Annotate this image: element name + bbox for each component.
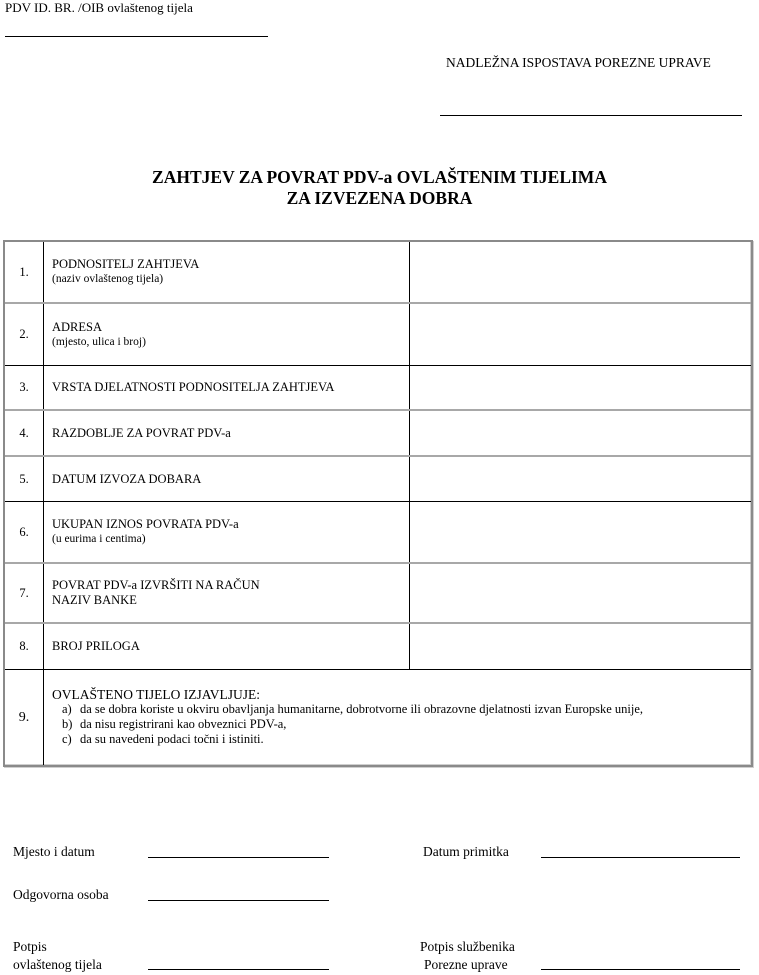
officer-label-line-1: Potpis službenika bbox=[420, 938, 515, 956]
row-label-sub: (mjesto, ulica i broj) bbox=[52, 335, 409, 350]
attachments-count-field[interactable] bbox=[411, 624, 751, 669]
table-row: 4. RAZDOBLJE ZA POVRAT PDV-a bbox=[5, 411, 751, 457]
refund-period-field[interactable] bbox=[411, 411, 751, 455]
row-label-main: DATUM IZVOZA DOBARA bbox=[52, 472, 409, 487]
declaration-title: OVLAŠTENO TIJELO IZJAVLJUJE: bbox=[52, 687, 751, 702]
place-date-label: Mjesto i datum bbox=[13, 843, 95, 861]
row-number: 6. bbox=[5, 502, 44, 562]
signature-label-line-2: ovlaštenog tijela bbox=[13, 956, 102, 974]
authority-signature-label: Potpis ovlaštenog tijela bbox=[13, 938, 102, 974]
declaration-list: a)da se dobra koriste u okviru obavljanj… bbox=[52, 702, 751, 747]
row-label: VRSTA DJELATNOSTI PODNOSITELJA ZAHTJEVA bbox=[44, 366, 410, 409]
receipt-date-label: Datum primitka bbox=[423, 843, 509, 861]
table-row: 5. DATUM IZVOZA DOBARA bbox=[5, 457, 751, 502]
signature-label-line-1: Potpis bbox=[13, 938, 102, 956]
officer-label-line-2: Porezne uprave bbox=[420, 956, 515, 974]
request-form-table: 1. PODNOSITELJ ZAHTJEVA (naziv ovlašteno… bbox=[3, 240, 753, 767]
responsible-person-label: Odgovorna osoba bbox=[13, 886, 109, 904]
place-date-field[interactable] bbox=[148, 857, 329, 858]
row-label: BROJ PRILOGA bbox=[44, 624, 410, 669]
item-marker: c) bbox=[62, 732, 80, 747]
vat-id-label: PDV ID. BR. /OIB ovlaštenog tijela bbox=[5, 0, 193, 16]
row-label: UKUPAN IZNOS POVRATA PDV-a (u eurima i c… bbox=[44, 502, 410, 562]
row-label-main: ADRESA bbox=[52, 320, 409, 335]
item-text: da su navedeni podaci točni i istiniti. bbox=[80, 732, 264, 746]
tax-office-field[interactable] bbox=[440, 115, 742, 116]
row-label-main: POVRAT PDV-a IZVRŠITI NA RAČUN bbox=[52, 578, 409, 593]
receipt-date-field[interactable] bbox=[541, 857, 740, 858]
activity-type-field[interactable] bbox=[411, 366, 751, 409]
row-label: RAZDOBLJE ZA POVRAT PDV-a bbox=[44, 411, 410, 455]
officer-signature-label: Potpis službenika Porezne uprave bbox=[420, 938, 515, 974]
table-row: 7. POVRAT PDV-a IZVRŠITI NA RAČUN NAZIV … bbox=[5, 564, 751, 624]
row-number: 3. bbox=[5, 366, 44, 409]
row-number: 4. bbox=[5, 411, 44, 455]
item-marker: a) bbox=[62, 702, 80, 717]
declaration-item: b)da nisu registrirani kao obveznici PDV… bbox=[52, 717, 751, 732]
item-text: da nisu registrirani kao obveznici PDV-a… bbox=[80, 717, 286, 731]
declaration-item: c)da su navedeni podaci točni i istiniti… bbox=[52, 732, 751, 747]
row-number: 1. bbox=[5, 242, 44, 302]
row-number: 2. bbox=[5, 304, 44, 365]
row-number: 7. bbox=[5, 564, 44, 622]
row-label: ADRESA (mjesto, ulica i broj) bbox=[44, 304, 410, 365]
title-line-2: ZA IZVEZENA DOBRA bbox=[0, 188, 759, 209]
address-field[interactable] bbox=[411, 304, 751, 365]
page-title: ZAHTJEV ZA POVRAT PDV-a OVLAŠTENIM TIJEL… bbox=[0, 167, 759, 209]
row-number: 9. bbox=[5, 670, 44, 765]
declaration-row: 9. OVLAŠTENO TIJELO IZJAVLJUJE: a)da se … bbox=[5, 670, 751, 765]
row-label-sub: (u eurima i centima) bbox=[52, 532, 409, 547]
table-row: 6. UKUPAN IZNOS POVRATA PDV-a (u eurima … bbox=[5, 502, 751, 564]
officer-signature-field[interactable] bbox=[541, 969, 740, 970]
responsible-person-field[interactable] bbox=[148, 900, 329, 901]
row-label: DATUM IZVOZA DOBARA bbox=[44, 457, 410, 501]
row-label-main: RAZDOBLJE ZA POVRAT PDV-a bbox=[52, 426, 409, 441]
table-row: 8. BROJ PRILOGA bbox=[5, 624, 751, 670]
row-label-main: VRSTA DJELATNOSTI PODNOSITELJA ZAHTJEVA bbox=[52, 380, 409, 395]
export-date-field[interactable] bbox=[411, 457, 751, 501]
table-row: 1. PODNOSITELJ ZAHTJEVA (naziv ovlašteno… bbox=[5, 242, 751, 304]
tax-office-label: NADLEŽNA ISPOSTAVA POREZNE UPRAVE bbox=[446, 55, 711, 71]
table-row: 3. VRSTA DJELATNOSTI PODNOSITELJA ZAHTJE… bbox=[5, 366, 751, 411]
authority-signature-field[interactable] bbox=[148, 969, 329, 970]
item-text: da se dobra koriste u okviru obavljanja … bbox=[80, 702, 643, 716]
declaration-text: OVLAŠTENO TIJELO IZJAVLJUJE: a)da se dob… bbox=[44, 670, 751, 765]
row-label-main: BROJ PRILOGA bbox=[52, 639, 409, 654]
bank-account-field[interactable] bbox=[411, 564, 751, 622]
item-marker: b) bbox=[62, 717, 80, 732]
table-row: 2. ADRESA (mjesto, ulica i broj) bbox=[5, 304, 751, 366]
row-label-sub: NAZIV BANKE bbox=[52, 593, 409, 608]
row-number: 5. bbox=[5, 457, 44, 501]
row-label: POVRAT PDV-a IZVRŠITI NA RAČUN NAZIV BAN… bbox=[44, 564, 410, 622]
row-label-main: UKUPAN IZNOS POVRATA PDV-a bbox=[52, 517, 409, 532]
row-label-main: PODNOSITELJ ZAHTJEVA bbox=[52, 257, 409, 272]
row-label: PODNOSITELJ ZAHTJEVA (naziv ovlaštenog t… bbox=[44, 242, 410, 302]
declaration-item: a)da se dobra koriste u okviru obavljanj… bbox=[52, 702, 751, 717]
row-label-sub: (naziv ovlaštenog tijela) bbox=[52, 272, 409, 287]
applicant-name-field[interactable] bbox=[411, 242, 751, 302]
row-number: 8. bbox=[5, 624, 44, 669]
refund-amount-field[interactable] bbox=[411, 502, 751, 562]
title-line-1: ZAHTJEV ZA POVRAT PDV-a OVLAŠTENIM TIJEL… bbox=[0, 167, 759, 188]
vat-id-field[interactable] bbox=[5, 36, 268, 37]
